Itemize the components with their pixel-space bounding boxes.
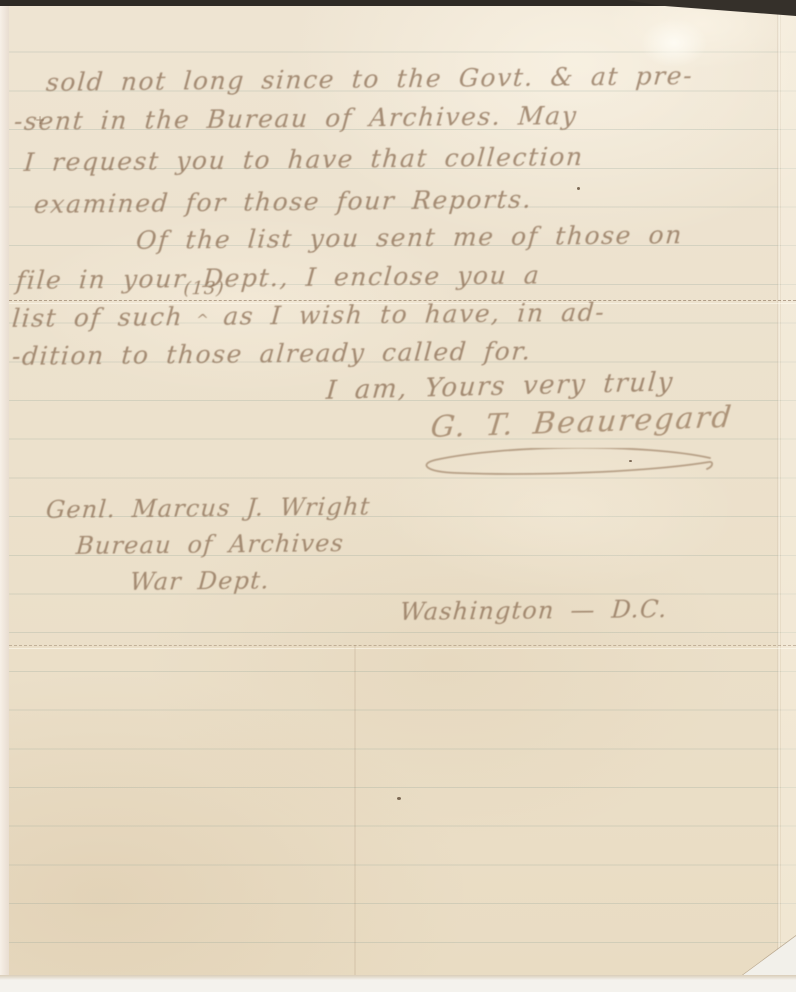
scan-left-edge [0,0,9,992]
ink-speck-1 [397,797,401,800]
interlineation-text: (13) [183,279,225,299]
caret-icon: ^ [195,311,211,329]
body-line-4: examined for those four Reports. [33,186,533,219]
scan-bottom-edge [0,975,796,992]
ink-speck-2 [577,187,580,190]
body-line-7-before: list of such [11,302,185,333]
soft-vertical-crease [354,645,356,975]
interlineation-anchor: (13)^ [182,303,224,331]
ink-speck-3 [629,460,632,462]
horizontal-fold-crease-lower [9,645,796,648]
vertical-fold-crease [777,5,781,975]
address-line-1: Genl. Marcus J. Wright [45,494,372,524]
fold-right-panel [781,5,796,975]
signature-flourish [417,448,717,482]
body-line-8: -dition to those already called for. [11,338,533,371]
body-line-6: file in your Dept., I enclose you a [15,261,541,294]
letter-paper: sold not long since to the Govt. & at pr… [9,5,796,975]
address-line-4: Washington — D.C. [399,596,669,625]
body-line-7: list of such(13)^as I wish to have, in a… [11,299,606,333]
body-line-2: -sent in the Bureau of Archives. May [13,102,579,135]
address-line-3: War Dept. [129,568,271,596]
body-line-5: Of the list you sent me of those on [135,221,684,254]
letter-scan: sold not long since to the Govt. & at pr… [0,0,796,992]
plus-mark: + [35,113,45,127]
address-line-2: Bureau of Archives [75,530,345,559]
body-line-3: I request you to have that collection [23,143,585,176]
body-line-7-after: as I wish to have, in ad- [222,298,606,331]
